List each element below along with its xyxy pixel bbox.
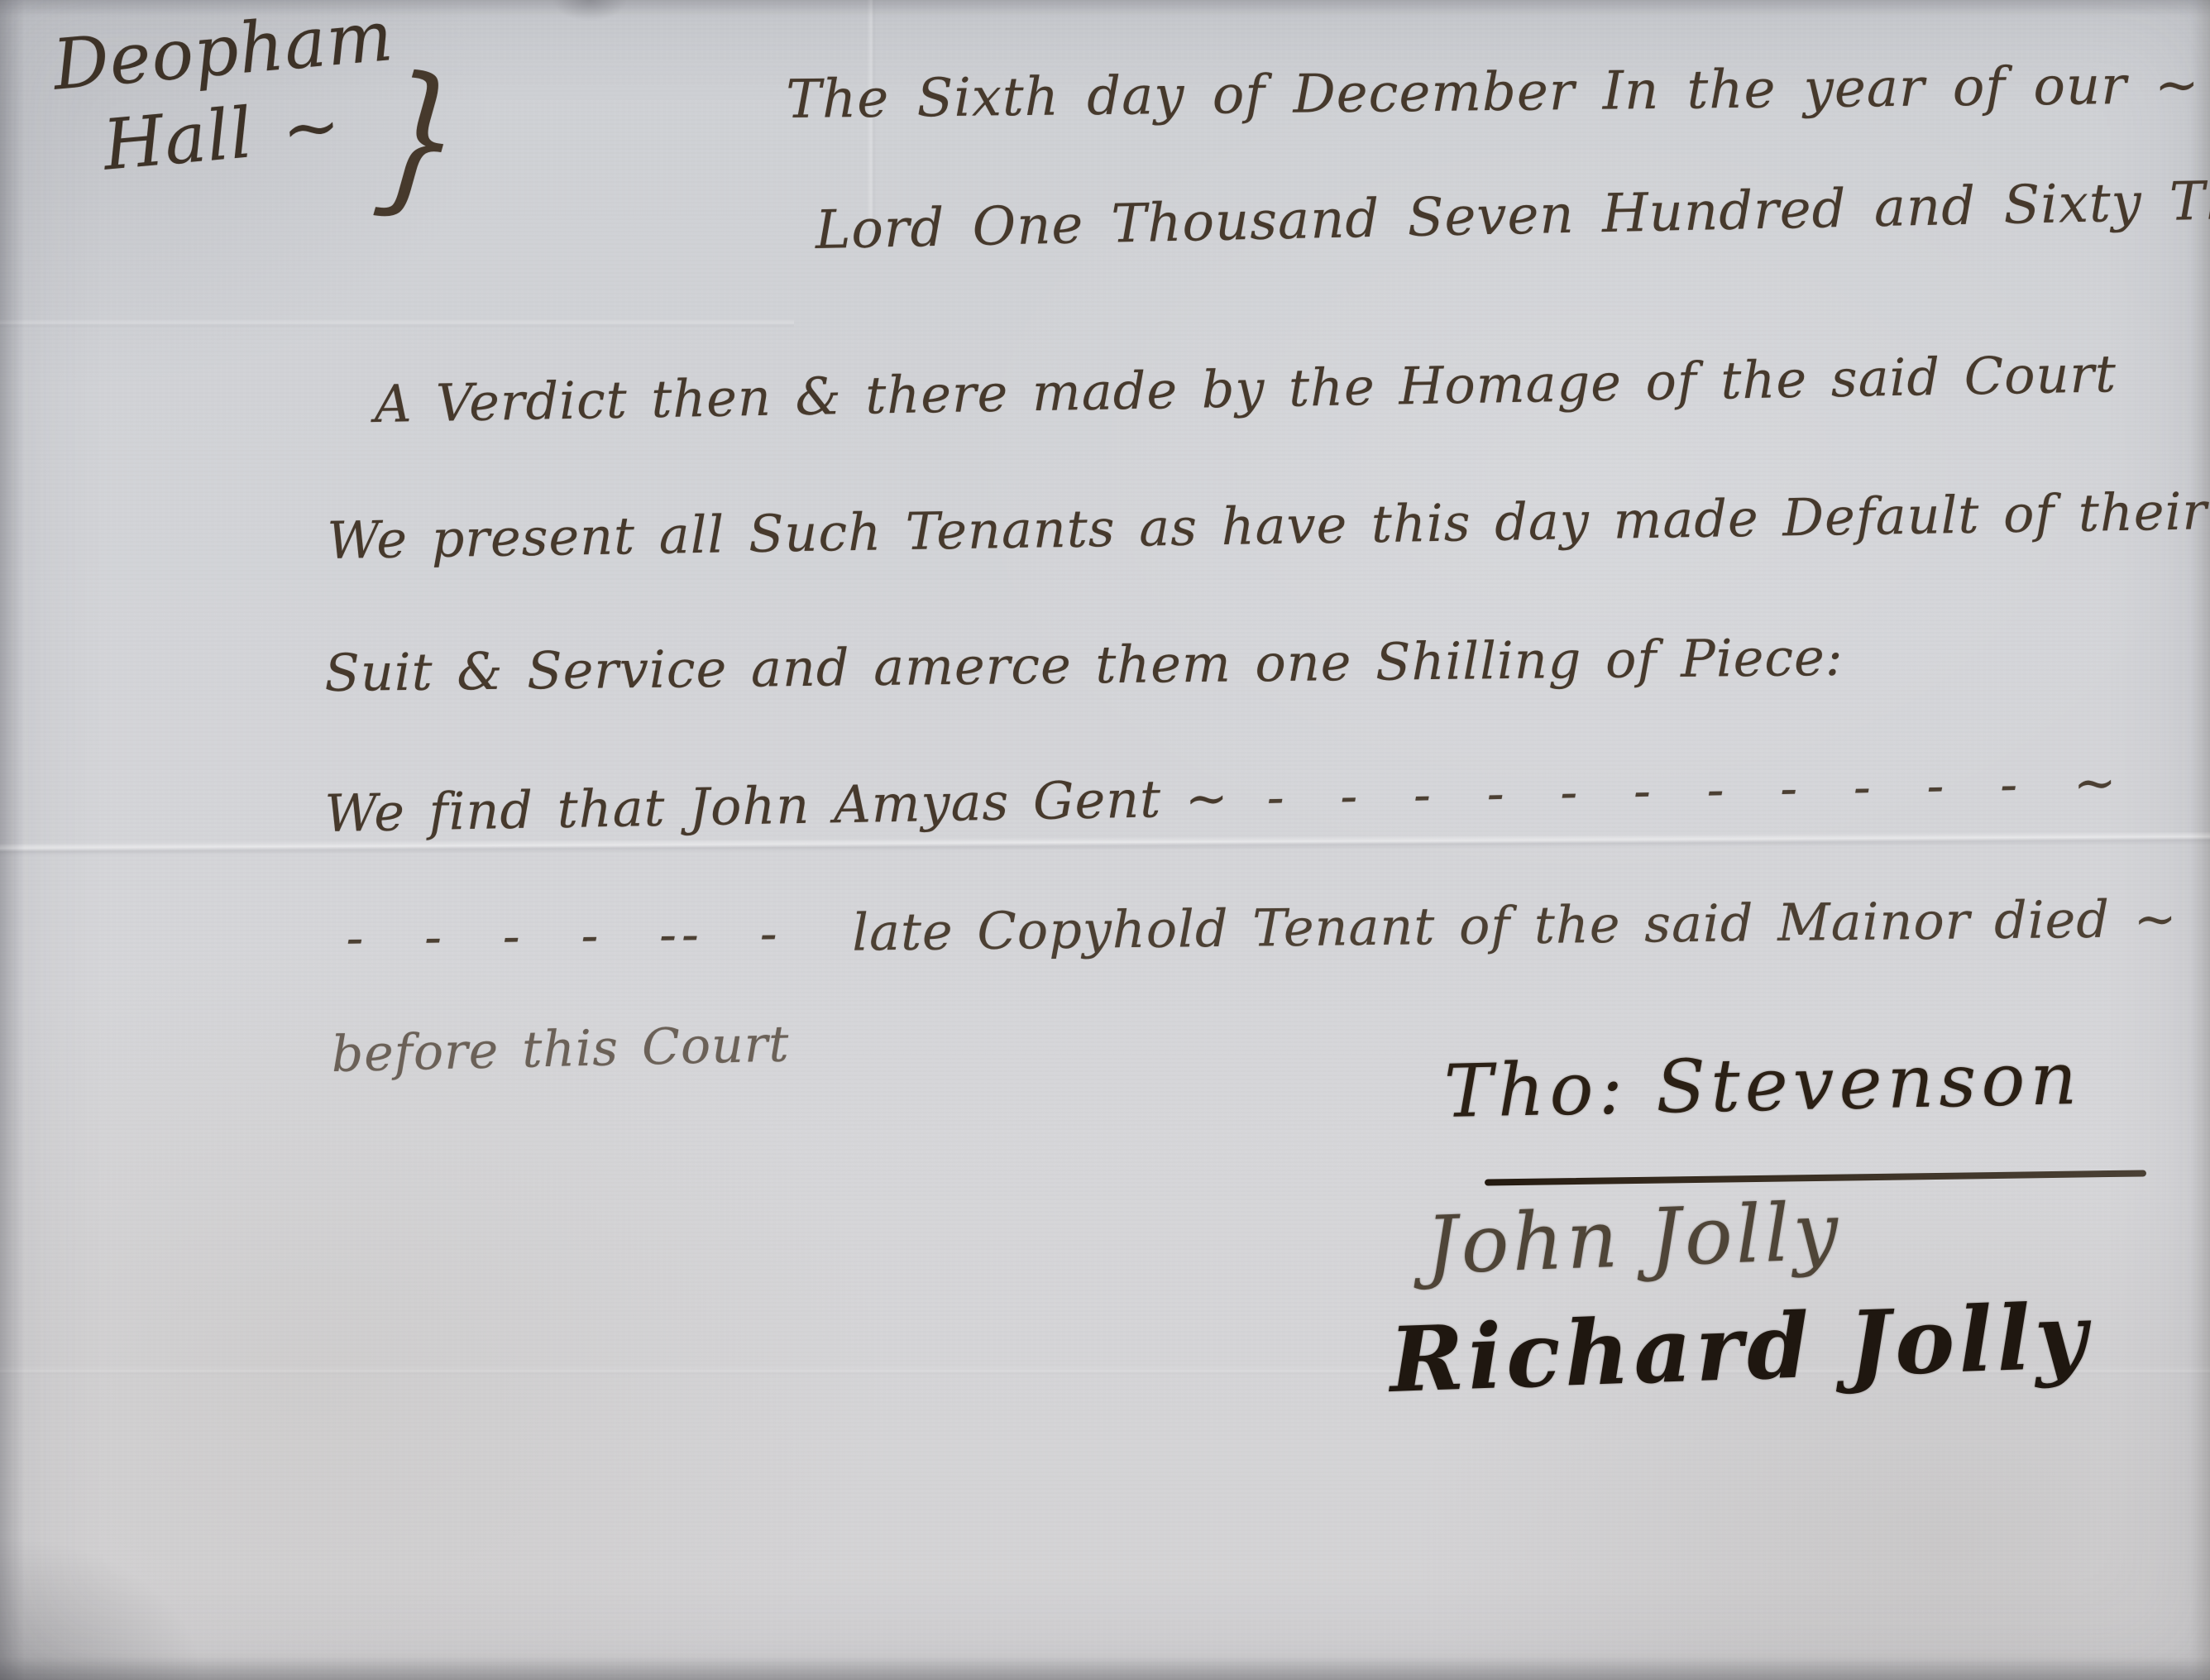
manor-heading: Deopham Hall ~ bbox=[50, 0, 404, 192]
before-court-line: before this Court bbox=[331, 1015, 790, 1084]
top-edge-tear bbox=[552, 0, 627, 22]
paper-edge-bottom bbox=[0, 1657, 2210, 1680]
dash-prefix: - - - - -- - bbox=[346, 902, 782, 968]
paper-edge-right bbox=[2192, 0, 2210, 1680]
signature-tho-stevenson: Tho: Stevenson bbox=[1443, 1036, 2083, 1134]
faint-upper-crease bbox=[0, 319, 794, 328]
document-photo: Deopham Hall ~ } The Sixth day of Decemb… bbox=[0, 0, 2210, 1680]
paper-edge-left bbox=[0, 0, 25, 1680]
corner-shadow bbox=[0, 1539, 199, 1680]
signature-john-jolly: John Jolly bbox=[1424, 1185, 1843, 1291]
